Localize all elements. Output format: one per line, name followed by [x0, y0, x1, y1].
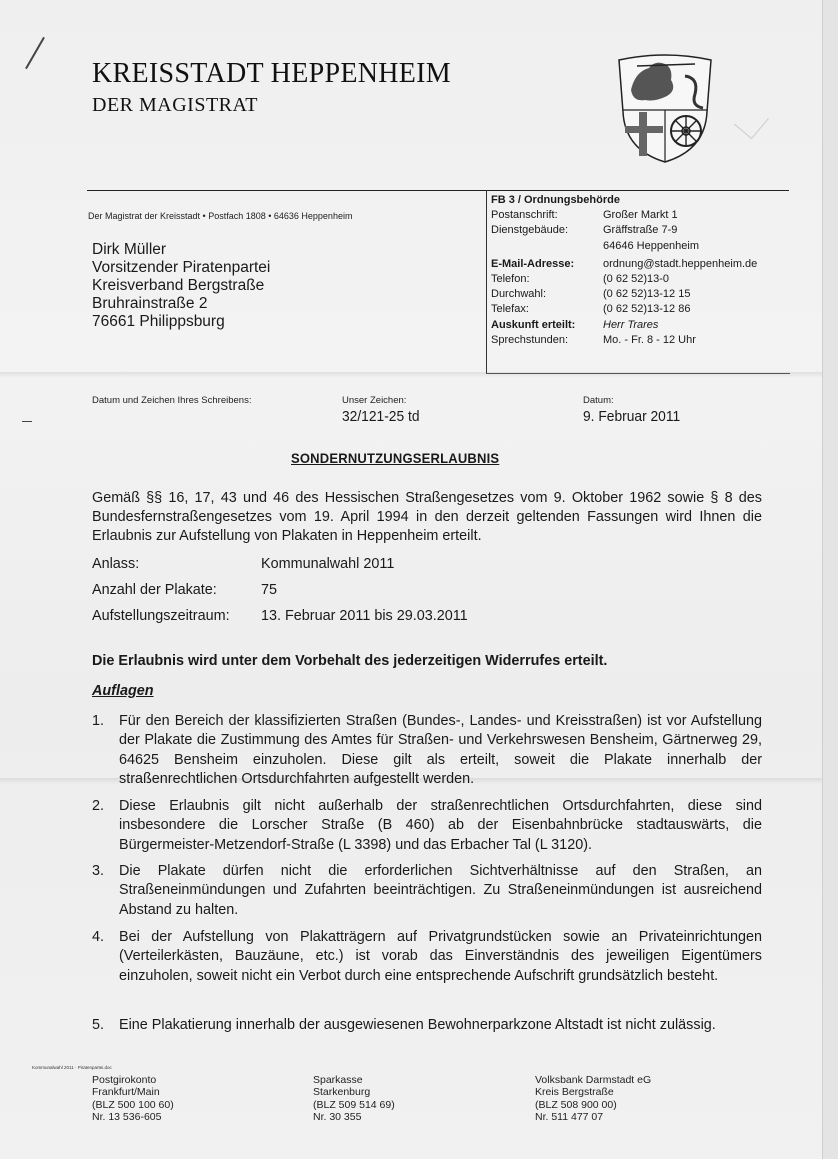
condition-number: 2.	[92, 797, 104, 816]
bank-location: Kreis Bergstraße	[535, 1086, 651, 1098]
coat-of-arms-icon	[615, 50, 715, 165]
info-value: (0 62 52)13-0	[603, 272, 669, 287]
info-row: Sprechstunden:Mo. - Fr. 8 - 12 Uhr	[491, 333, 757, 348]
detail-value: 75	[261, 582, 277, 598]
file-tag: Kommunalwahl 2011 · Piratenpartei.doc	[32, 1065, 112, 1070]
condition-text: Bei der Aufstellung von Plakatträgern au…	[119, 928, 762, 986]
letterhead-department: DER MAGISTRAT	[92, 94, 258, 117]
detail-value: Kommunalwahl 2011	[261, 556, 394, 572]
conditions-heading: Auflagen	[92, 683, 154, 699]
recipient-city: 76661 Philippsburg	[92, 313, 270, 331]
condition-text: Diese Erlaubnis gilt nicht außerhalb der…	[119, 797, 762, 855]
info-label: Telefax:	[491, 302, 603, 317]
info-value: Großer Markt 1	[603, 208, 678, 223]
revocation-notice: Die Erlaubnis wird unter dem Vorbehalt d…	[92, 653, 607, 669]
our-reference-value: 32/121-25 td	[342, 408, 420, 425]
bank-code: (BLZ 509 514 69)	[313, 1099, 395, 1111]
bank-account: Postgirokonto Frankfurt/Main (BLZ 500 10…	[92, 1074, 174, 1124]
recipient-street: Bruhrainstraße 2	[92, 295, 270, 313]
condition-text: Für den Bereich der klassifizierten Stra…	[119, 712, 762, 790]
detail-label: Aufstellungszeitraum:	[92, 608, 230, 624]
condition-item: 2. Diese Erlaubnis gilt nicht außerhalb …	[92, 797, 762, 855]
info-row: Telefax:(0 62 52)13-12 86	[491, 302, 757, 317]
detail-value: 13. Februar 2011 bis 29.03.2011	[261, 608, 468, 624]
condition-number: 3.	[92, 862, 104, 881]
document-subject: SONDERNUTZUNGSERLAUBNIS	[291, 450, 499, 466]
detail-label: Anzahl der Plakate:	[92, 582, 217, 598]
info-row: Dienstgebäude:Gräffstraße 7-9	[491, 223, 757, 238]
condition-item: 3. Die Plakate dürfen nicht die erforder…	[92, 862, 762, 920]
bank-name: Sparkasse	[313, 1074, 395, 1086]
info-label: Auskunft erteilt:	[491, 318, 603, 333]
letterhead-divider	[87, 190, 789, 191]
info-row: Auskunft erteilt:Herr Trares	[491, 318, 757, 333]
condition-item: 5. Eine Plakatierung innerhalb der ausge…	[92, 1016, 762, 1035]
email-link[interactable]: ordnung@stadt.heppenheim.de	[603, 257, 757, 272]
pen-mark	[25, 37, 45, 69]
info-value: (0 62 52)13-12 15	[603, 287, 690, 302]
date-value: 9. Februar 2011	[583, 408, 680, 425]
info-label: Dienstgebäude:	[491, 223, 603, 238]
condition-text: Die Plakate dürfen nicht die erforderlic…	[119, 862, 762, 920]
letter-page: KREISSTADT HEPPENHEIM DER MAGISTRAT Der …	[0, 0, 822, 1159]
info-value: Gräffstraße 7-9	[603, 223, 677, 238]
info-label: Telefon:	[491, 272, 603, 287]
condition-number: 1.	[92, 712, 104, 731]
info-label: Postanschrift:	[491, 208, 603, 223]
bank-account: Sparkasse Starkenburg (BLZ 509 514 69) N…	[313, 1074, 395, 1124]
info-value: 64646 Heppenheim	[603, 239, 699, 254]
bank-account: Volksbank Darmstadt eG Kreis Bergstraße …	[535, 1074, 651, 1124]
recipient-title: Vorsitzender Piratenpartei	[92, 259, 270, 277]
letterhead-city: KREISSTADT HEPPENHEIM	[92, 58, 451, 90]
office-info-box: FB 3 / Ordnungsbehörde Postanschrift:Gro…	[491, 193, 757, 348]
info-label	[491, 239, 603, 254]
bank-code: (BLZ 500 100 60)	[92, 1099, 174, 1111]
detail-label: Anlass:	[92, 556, 139, 572]
info-row: 64646 Heppenheim	[491, 239, 757, 254]
check-mark-icon	[734, 104, 769, 139]
condition-number: 4.	[92, 928, 104, 947]
your-reference-label: Datum und Zeichen Ihres Schreibens:	[92, 395, 251, 406]
bank-name: Postgirokonto	[92, 1074, 174, 1086]
info-label: Durchwahl:	[491, 287, 603, 302]
account-number: Nr. 30 355	[313, 1111, 395, 1123]
info-box-border	[486, 190, 487, 374]
condition-number: 5.	[92, 1016, 104, 1035]
info-row: E-Mail-Adresse:ordnung@stadt.heppenheim.…	[491, 257, 757, 272]
info-label: Sprechstunden:	[491, 333, 603, 348]
bank-name: Volksbank Darmstadt eG	[535, 1074, 651, 1086]
account-number: Nr. 511 477 07	[535, 1111, 651, 1123]
info-row: Durchwahl:(0 62 52)13-12 15	[491, 287, 757, 302]
info-value: Mo. - Fr. 8 - 12 Uhr	[603, 333, 696, 348]
info-row: Telefon:(0 62 52)13-0	[491, 272, 757, 287]
our-reference-label: Unser Zeichen:	[342, 395, 406, 406]
condition-item: 4. Bei der Aufstellung von Plakatträgern…	[92, 928, 762, 986]
info-label: E-Mail-Adresse:	[491, 257, 603, 272]
info-value: (0 62 52)13-12 86	[603, 302, 690, 317]
info-value: Herr Trares	[603, 318, 658, 333]
info-row: Postanschrift:Großer Markt 1	[491, 208, 757, 223]
recipient-organization: Kreisverband Bergstraße	[92, 277, 270, 295]
sender-line: Der Magistrat der Kreisstadt • Postfach …	[88, 211, 352, 221]
bank-location: Frankfurt/Main	[92, 1086, 174, 1098]
info-box-border	[486, 373, 790, 374]
bank-code: (BLZ 508 900 00)	[535, 1099, 651, 1111]
office-unit: FB 3 / Ordnungsbehörde	[491, 193, 757, 208]
condition-text: Eine Plakatierung innerhalb der ausgewie…	[119, 1016, 762, 1035]
date-label: Datum:	[583, 395, 614, 406]
recipient-address: Dirk Müller Vorsitzender Piratenpartei K…	[92, 241, 270, 331]
bank-location: Starkenburg	[313, 1086, 395, 1098]
intro-paragraph: Gemäß §§ 16, 17, 43 und 46 des Hessische…	[92, 489, 762, 547]
account-number: Nr. 13 536-605	[92, 1111, 174, 1123]
scan-background	[822, 0, 838, 1159]
recipient-name: Dirk Müller	[92, 241, 270, 259]
condition-item: 1. Für den Bereich der klassifizierten S…	[92, 712, 762, 790]
pen-mark	[22, 421, 32, 422]
